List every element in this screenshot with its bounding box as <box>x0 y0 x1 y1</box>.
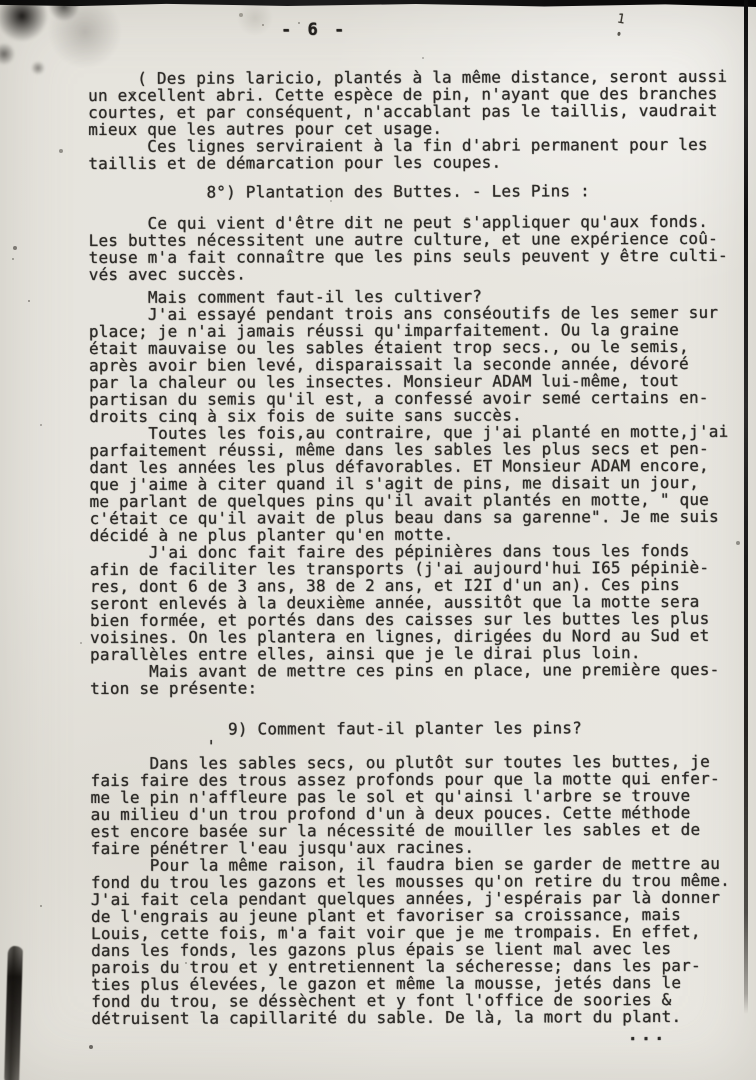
paragraph-pepinieres: J'ai donc fait faire des pépinières dans… <box>90 542 752 663</box>
section-heading-plantation-buttes: 8°) Plantation des Buttes. - Les Pins : <box>88 182 750 201</box>
paragraph-trous-profonds: Dans les sables secs, ou plutôt sur tout… <box>90 753 752 857</box>
paragraph-lignes-abri: Ces lignes serviraient à la fin d'abri p… <box>88 136 750 172</box>
continuation-dots: ... <box>91 1027 753 1046</box>
document-body: ( Des pins laricio, plantés à la même di… <box>88 68 753 1046</box>
scanned-typewritten-page: 1 - 6 - ( Des pins laricio, plantés à la… <box>0 0 756 1080</box>
paragraph-pins-laricio: ( Des pins laricio, plantés à la même di… <box>88 68 750 138</box>
scan-specks <box>0 0 2 2</box>
paragraph-gazons-mousses: Pour la même raison, il faudra bien se g… <box>91 855 754 1027</box>
paragraph-semis-essais: J'ai essayé pendant trois ans conséoutif… <box>89 304 751 425</box>
paragraph-plantation-motte: Toutes les fois,au contraire, que j'ai p… <box>89 423 751 544</box>
page-number: - 6 - <box>281 20 347 40</box>
paragraph-premiere-question: Mais avant de mettre ces pins en place, … <box>90 661 752 697</box>
paragraph-buttes-culture: Ce qui vient d'être dit ne peut s'appliq… <box>89 213 751 283</box>
handwritten-corner-mark: 1 <box>616 11 626 27</box>
scan-streak-bottom-left <box>4 946 23 1080</box>
